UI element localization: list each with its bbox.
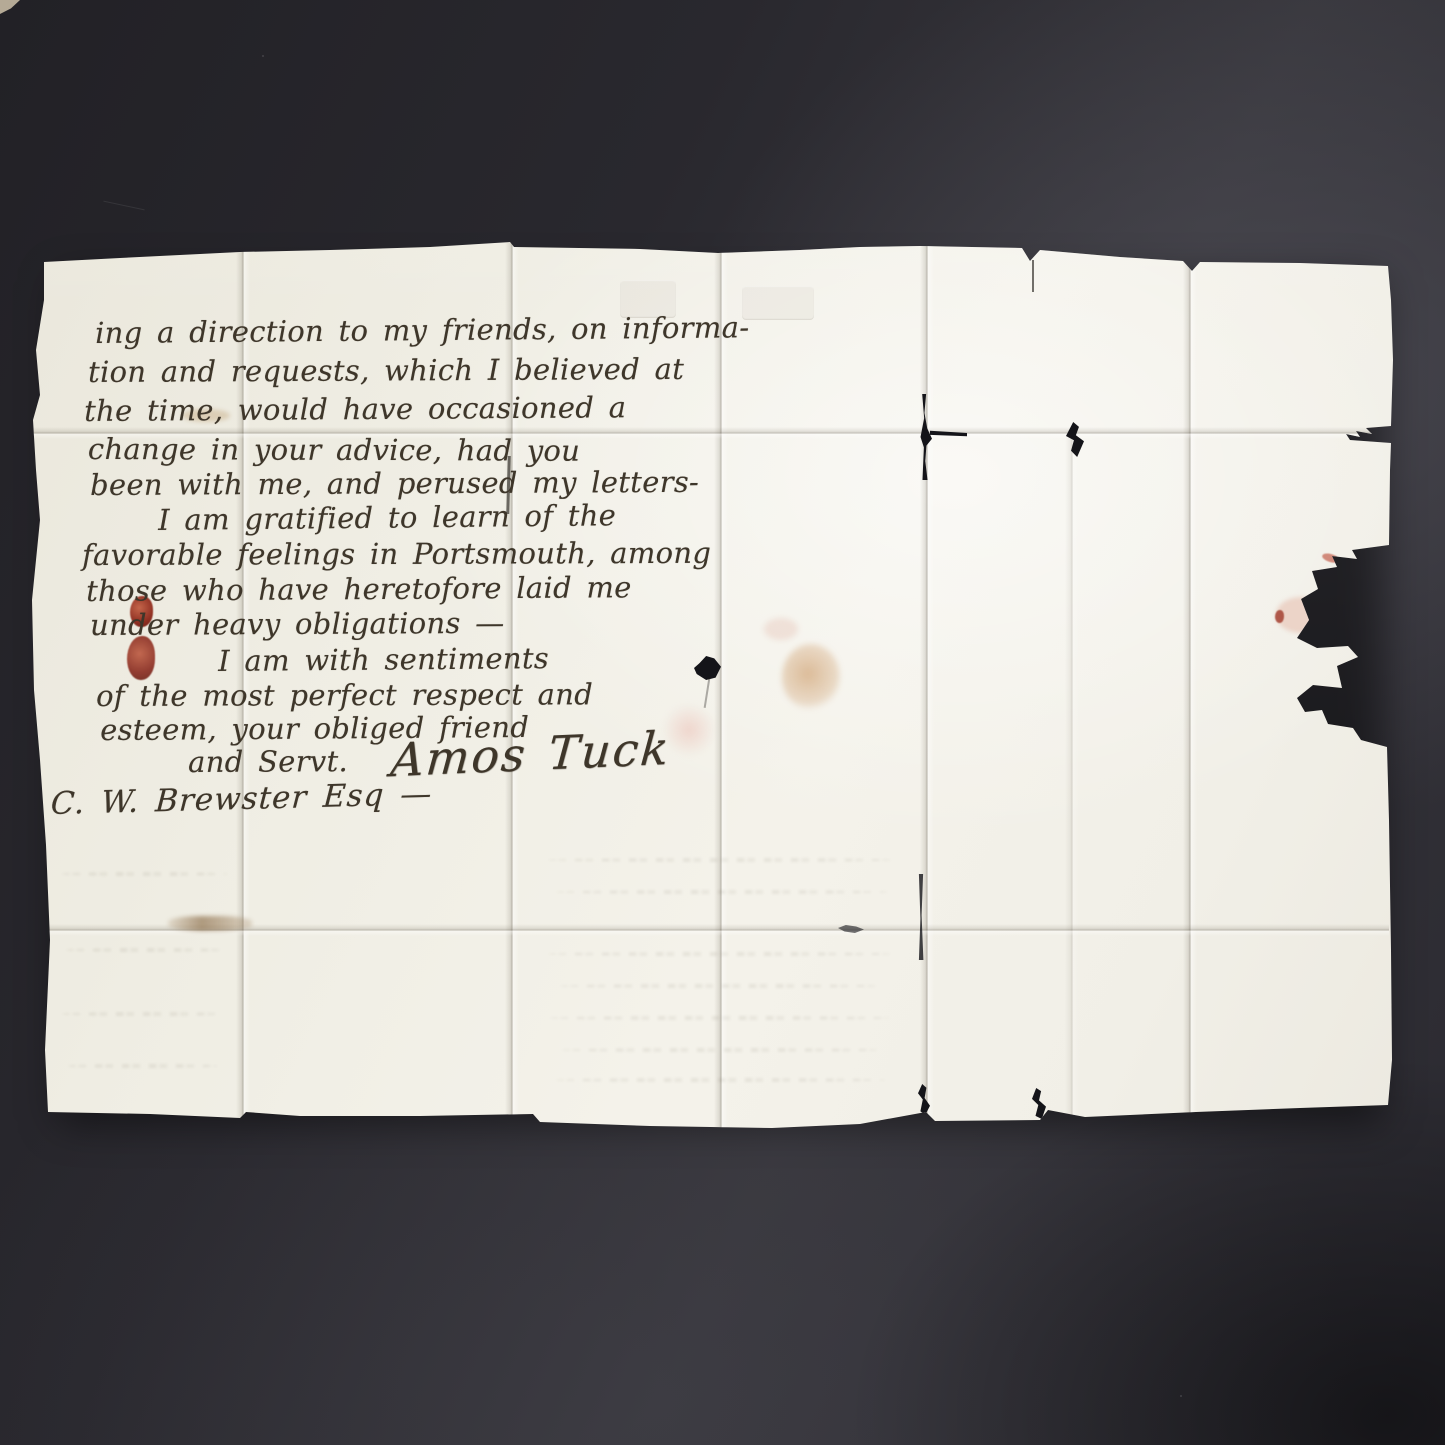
showthrough-writing [548, 858, 896, 862]
showthrough-writing [562, 1048, 880, 1052]
faint-pink-stain [764, 618, 798, 640]
showthrough-writing [66, 948, 224, 952]
showthrough-writing [556, 1078, 886, 1082]
showthrough-writing [548, 952, 892, 956]
vertical-fold-crease [714, 250, 728, 1128]
handwritten-line: the time, would have occasioned a [84, 390, 626, 428]
vertical-fold-crease [920, 245, 934, 1122]
wax-seal-remnant [127, 636, 155, 680]
handwritten-line: of the most perfect respect and [96, 677, 593, 713]
tan-stain [782, 644, 840, 710]
wax-seal-remnant [1275, 610, 1284, 623]
dust-speck [1180, 1395, 1182, 1397]
handwritten-line: those who have heretofore laid me [86, 570, 632, 608]
handwritten-line: ing a direction to my friends, on inform… [95, 310, 749, 350]
dust-speck [262, 55, 264, 57]
paper-fragment [0, 0, 20, 14]
folded-letter-paper: ing a direction to my friends, on inform… [0, 0, 1445, 1445]
handwritten-line: been with me, and perused my letters- [90, 465, 699, 502]
embossed-stamp [742, 286, 814, 320]
paper-crack [1032, 260, 1034, 292]
handwritten-line: favorable feelings in Portsmouth, among [82, 536, 711, 572]
handwritten-line: under heavy obligations — [90, 606, 505, 642]
handwritten-line: change in your advice, had you [88, 432, 580, 468]
vertical-fold-crease [1065, 430, 1079, 1120]
vertical-fold-crease [1183, 260, 1197, 1113]
showthrough-writing [550, 1016, 890, 1020]
handwritten-line: and Servt. [188, 744, 348, 779]
showthrough-writing [560, 984, 880, 988]
letter-photograph: ing a direction to my friends, on inform… [0, 0, 1445, 1445]
handwritten-line: I am gratified to learn of the [158, 498, 616, 537]
showthrough-writing [556, 890, 888, 894]
handwritten-line: I am with sentiments [218, 641, 549, 678]
handwritten-line: tion and requests, which I believed at [88, 352, 684, 389]
showthrough-writing [62, 872, 227, 876]
addressee-line: C. W. Brewster Esq — [50, 776, 434, 822]
background-scratch [103, 201, 144, 211]
tear-hole [1032, 1088, 1046, 1119]
showthrough-writing [68, 1064, 218, 1068]
showthrough-writing [62, 1012, 224, 1016]
paper-crack [704, 678, 711, 708]
brown-crease-stain [168, 916, 252, 931]
